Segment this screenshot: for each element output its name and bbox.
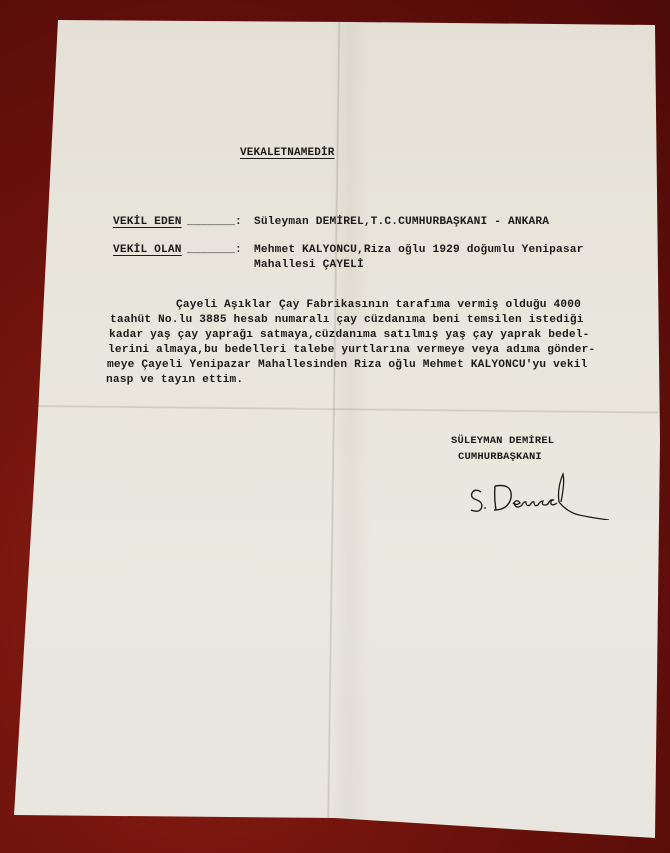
body-line-1: Çayeli Aşıklar Çay Fabrikasının tarafıma…: [176, 299, 581, 311]
signatory-name: SÜLEYMAN DEMİREL: [451, 435, 554, 447]
body-line-5: meye Çayeli Yenipazar Mahallesinden Riza…: [107, 359, 587, 371]
field-label-vekil-olan: VEKİL OLAN: [113, 244, 182, 256]
field-value-vekil-eden: Süleyman DEMİREL,T.C.CUMHURBAŞKANI - ANK…: [254, 216, 549, 228]
field-value-vekil-olan-line-1: Mehmet KALYONCU,Riza oğlu 1929 doğumlu Y…: [254, 244, 583, 256]
body-line-3: kadar yaş çay yaprağı satmaya,cüzdanıma …: [109, 329, 589, 341]
field-separator: _______:: [187, 216, 242, 228]
field-value-vekil-olan-line-2: Mahallesi ÇAYELİ: [254, 259, 364, 271]
document-paper: VEKALETNAMEDİR VEKİL EDEN _______: Süley…: [0, 0, 670, 853]
body-line-2: taahüt No.lu 3885 hesab numaralı çay cüz…: [110, 314, 584, 326]
document-title: VEKALETNAMEDİR: [240, 147, 335, 159]
signature-icon: [465, 470, 615, 520]
body-line-4: lerini almaya,bu bedelleri talebe yurtla…: [108, 344, 595, 356]
field-label-vekil-eden: VEKİL EDEN: [113, 216, 182, 228]
body-line-6: nasp ve tayın ettim.: [106, 374, 243, 386]
handwritten-signature: [465, 470, 615, 520]
field-separator: _______:: [187, 244, 242, 256]
signatory-position: CUMHURBAŞKANI: [458, 451, 542, 463]
